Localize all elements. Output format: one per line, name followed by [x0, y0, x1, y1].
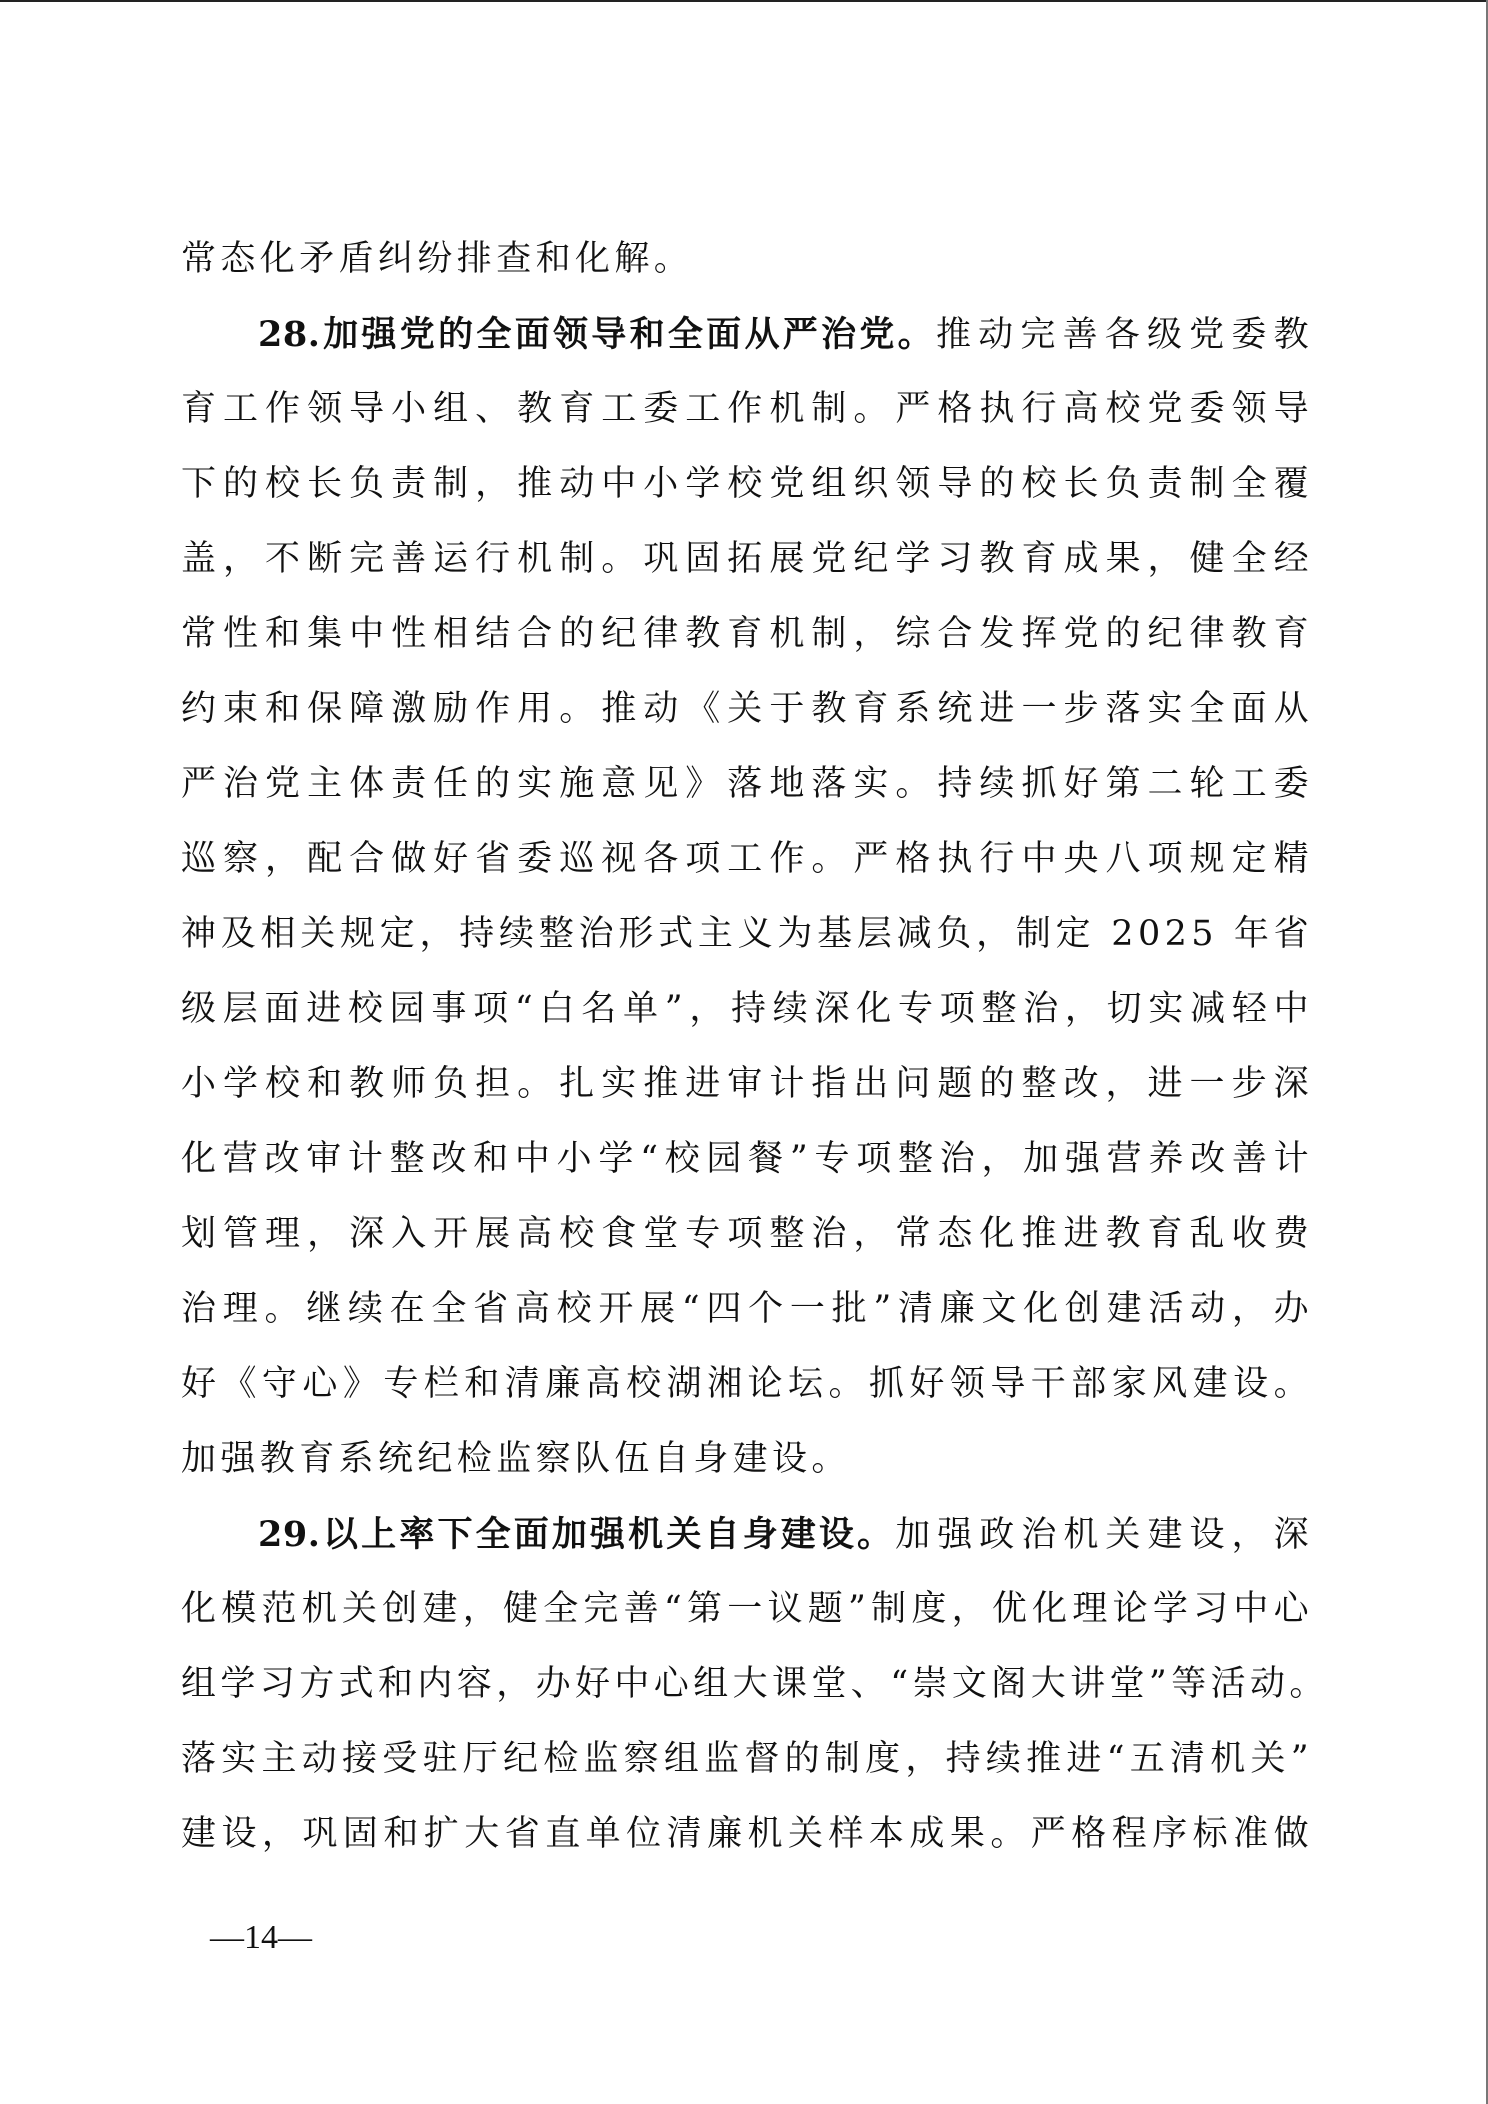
text-line: 加强教育系统纪检监察队伍自身建设。 — [181, 1422, 1313, 1497]
text-line: 化营改审计整改和中小学“校园餐”专项整治，加强营养改善计 — [181, 1122, 1313, 1197]
text-line: 下的校长负责制，推动中小学校党组织领导的校长负责制全覆 — [181, 447, 1313, 522]
line-text: 育工作领导小组、教育工委工作机制。严格执行高校党委领导 — [181, 389, 1313, 429]
text-line: 级层面进校园事项“白名单”，持续深化专项整治，切实减轻中 — [181, 972, 1313, 1047]
page-number: —14— — [210, 1915, 312, 1961]
line-text: 常性和集中性相结合的纪律教育机制，综合发挥党的纪律教育 — [181, 614, 1313, 654]
text-line: 落实主动接受驻厅纪检监察组监督的制度，持续推进“五清机关” — [181, 1722, 1313, 1797]
line-text: 治理。继续在全省高校开展“四个一批”清廉文化创建活动，办 — [181, 1289, 1313, 1329]
line-text: 小学校和教师负担。扎实推进审计指出问题的整改，进一步深 — [181, 1064, 1313, 1104]
text-line: 约束和保障激励作用。推动《关于教育系统进一步落实全面从 — [181, 672, 1313, 747]
section-title: 28.加强党的全面领导和全面从严治党。 — [258, 314, 936, 355]
text-line: 划管理，深入开展高校食堂专项整治，常态化推进教育乱收费 — [181, 1197, 1313, 1272]
line-text: 下的校长负责制，推动中小学校党组织领导的校长负责制全覆 — [181, 464, 1313, 504]
text-line: 好《守心》专栏和清廉高校湖湘论坛。抓好领导干部家风建设。 — [181, 1347, 1313, 1422]
line-text: 划管理，深入开展高校食堂专项整治，常态化推进教育乱收费 — [181, 1214, 1313, 1254]
text-line: 神及相关规定，持续整治形式主义为基层减负，制定 2025 年省 — [181, 897, 1313, 972]
line-text: 组学习方式和内容，办好中心组大课堂、“崇文阁大讲堂”等活动。 — [181, 1664, 1329, 1704]
line-text: 加强政治机关建设，深 — [895, 1515, 1313, 1555]
section-title: 29.以上率下全面加强机关自身建设。 — [258, 1514, 895, 1555]
line-text: 严治党主体责任的实施意见》落地落实。持续抓好第二轮工委 — [181, 764, 1313, 804]
line-text: 神及相关规定，持续整治形式主义为基层减负，制定 2025 年省 — [181, 914, 1313, 954]
text-line: 常态化矛盾纠纷排查和化解。 — [181, 222, 1313, 297]
line-text: 化营改审计整改和中小学“校园餐”专项整治，加强营养改善计 — [181, 1139, 1313, 1179]
text-line: 严治党主体责任的实施意见》落地落实。持续抓好第二轮工委 — [181, 747, 1313, 822]
page-top-edge — [0, 0, 1488, 2]
line-text: 级层面进校园事项“白名单”，持续深化专项整治，切实减轻中 — [181, 989, 1313, 1029]
text-line: 组学习方式和内容，办好中心组大课堂、“崇文阁大讲堂”等活动。 — [181, 1647, 1313, 1722]
line-text: 化模范机关创建，健全完善“第一议题”制度，优化理论学习中心 — [181, 1589, 1313, 1629]
text-line: 治理。继续在全省高校开展“四个一批”清廉文化创建活动，办 — [181, 1272, 1313, 1347]
text-line: 建设，巩固和扩大省直单位清廉机关样本成果。严格程序标准做 — [181, 1797, 1313, 1872]
line-text: 盖，不断完善运行机制。巩固拓展党纪学习教育成果，健全经 — [181, 539, 1313, 579]
section-heading-line: 29.以上率下全面加强机关自身建设。加强政治机关建设，深 — [181, 1497, 1313, 1572]
line-text: 落实主动接受驻厅纪检监察组监督的制度，持续推进“五清机关” — [181, 1739, 1313, 1779]
line-text: 推动完善各级党委教 — [936, 315, 1313, 355]
text-line: 育工作领导小组、教育工委工作机制。严格执行高校党委领导 — [181, 372, 1313, 447]
section-heading-line: 28.加强党的全面领导和全面从严治党。推动完善各级党委教 — [181, 297, 1313, 372]
text-line: 化模范机关创建，健全完善“第一议题”制度，优化理论学习中心 — [181, 1572, 1313, 1647]
text-line: 巡察，配合做好省委巡视各项工作。严格执行中央八项规定精 — [181, 822, 1313, 897]
text-line: 小学校和教师负担。扎实推进审计指出问题的整改，进一步深 — [181, 1047, 1313, 1122]
line-text: 加强教育系统纪检监察队伍自身建设。 — [181, 1439, 851, 1479]
line-text: 约束和保障激励作用。推动《关于教育系统进一步落实全面从 — [181, 689, 1313, 729]
line-text: 好《守心》专栏和清廉高校湖湘论坛。抓好领导干部家风建设。 — [181, 1364, 1313, 1404]
line-text: 巡察，配合做好省委巡视各项工作。严格执行中央八项规定精 — [181, 839, 1313, 879]
line-text: 建设，巩固和扩大省直单位清廉机关样本成果。严格程序标准做 — [181, 1814, 1313, 1854]
line-text: 常态化矛盾纠纷排查和化解。 — [181, 239, 693, 279]
text-line: 常性和集中性相结合的纪律教育机制，综合发挥党的纪律教育 — [181, 597, 1313, 672]
document-body: 常态化矛盾纠纷排查和化解。28.加强党的全面领导和全面从严治党。推动完善各级党委… — [181, 222, 1313, 1872]
text-line: 盖，不断完善运行机制。巩固拓展党纪学习教育成果，健全经 — [181, 522, 1313, 597]
